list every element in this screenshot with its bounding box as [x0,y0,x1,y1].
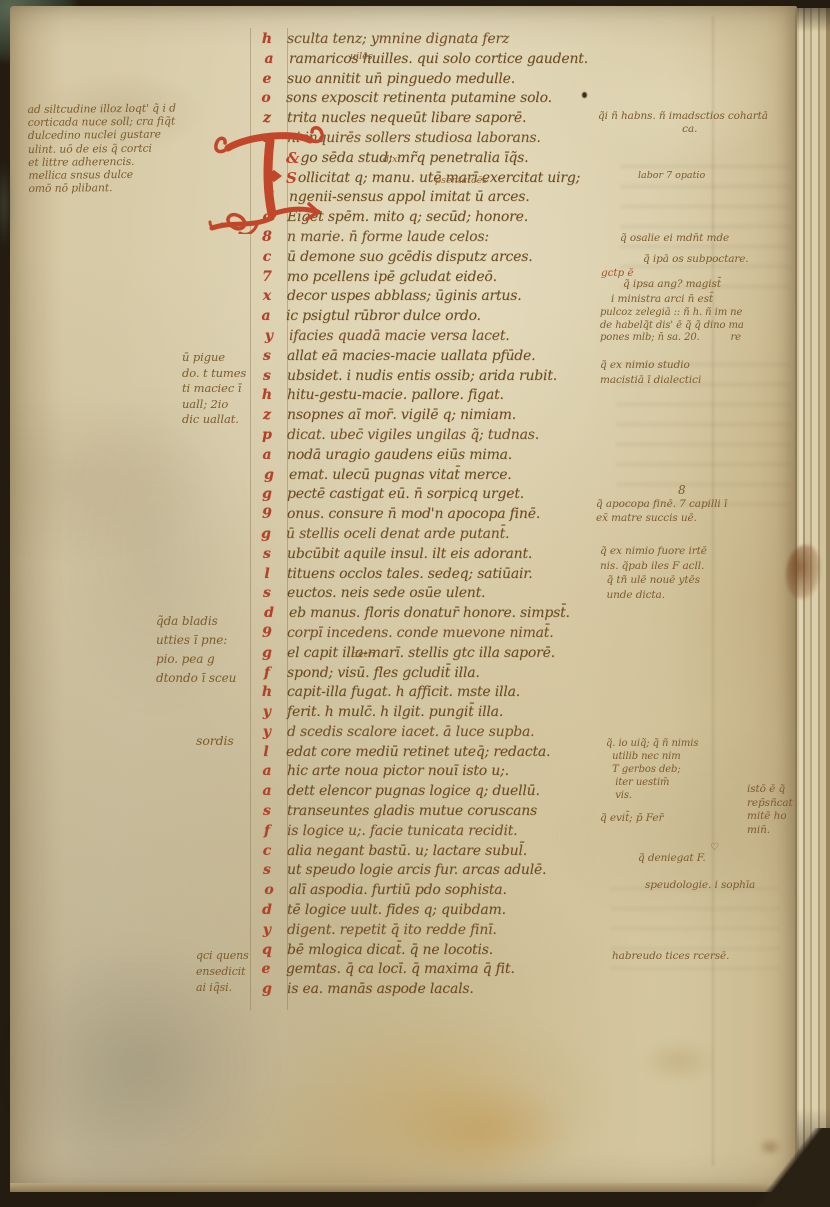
parchment-stain [260,1006,610,1191]
line-text: ū stellis oceli denat arde putant̄. [286,525,509,545]
manuscript-page: h sculta tenz; ymnine dignata ferz a ram… [10,6,797,1192]
verse-line: d eb manus. floris donatur̄ honore. simp… [250,604,660,624]
margin-gloss: q̃ apocopa finē. 7 capilli ī ex̄ matre s… [596,498,826,525]
margin-gloss: ad siltcudine illoz loqt' q̃ i d cortica… [28,101,219,195]
verse-line: g emat. ulecū pugnas vitat̄ merce. [250,466,660,486]
line-text: capit-illa fugat. h afficit. mste illa. [287,683,520,703]
line-initial: o [250,881,288,901]
line-text: is ea. manās aspode lacals. [287,980,474,1000]
margin-gloss: q̃ ipsa ang? magist̄ [623,278,721,291]
line-text: euctos. neis sede osūe ulent. [287,584,485,604]
line-text: onus. consure n̄ mod'n apocopa finē. [287,505,540,525]
verse-line: l edat core mediū retinet uteq̄; redacta… [247,743,657,763]
line-text: ut speudo logie arcis fur. arcas adulē. [287,861,546,881]
verse-line: y ifacies quadā macie versa lacet. [250,327,660,347]
photo-corner-shadow [748,1128,830,1207]
line-text: spond; visū. fles gcludit̄ illa. [287,664,480,684]
verse-line: x decor uspes abblass; ūginis artus. [248,287,658,307]
margin-gloss: qci quens ensedicit ai iq̃si. [196,948,291,996]
line-text: d scedis scalore iacet. ā luce supba. [287,723,534,743]
margin-gloss: q̃i ñ habns. ñ imadsctios cohartā ca. [598,110,823,136]
line-text: ubcūbit aquile insul. ilt eis adorant. [287,545,532,565]
interlinear-gloss: detri [352,649,375,660]
line-text: bē mlogica dicat̄. q̄ ne locotis. [287,941,493,961]
margin-gloss: q̃ ex nimio studio macistiā ī dialectici [600,358,810,388]
verse-line: 7 mo pcellens ipē gcludat eideō. [248,268,658,288]
line-initial: g [250,466,288,486]
line-text: dicat. ubec̄ vigiles ungilas q̃; tudnas. [287,426,539,446]
line-text: allat eā macies-macie uallata pfūde. [287,347,535,367]
line-text: dett elencor pugnas logice q; duellū. [287,782,540,802]
line-text: ubsidet. i nudis entis ossib; arida rubi… [287,367,557,387]
binding-edge-tint [0,160,12,250]
line-initial: c [248,842,286,862]
verse-line: o alī aspodia. furtiū pdo sophista. [250,881,660,901]
interlinear-gloss: labor 7 opatio [638,170,705,181]
line-initial: a [248,782,286,802]
verse-line: f spond; visū. fles gcludit̄ illa. [248,664,658,684]
line-text: eb manus. floris donatur̄ honore. simpst… [289,604,570,624]
line-initial: c [248,248,286,268]
line-initial: y [250,327,288,347]
line-initial: y [248,703,286,723]
verse-line: c ū demone suo gcēdis disputz arces. [248,248,658,268]
line-initial: y [248,921,286,941]
interlinear-gloss: psentatoēs [435,175,487,186]
verse-line: 9 corpī incedens. conde muevone nimat̄. [248,624,658,644]
margin-gloss: ū pigue do. t tumes ti maciec ī uall; 2i… [182,350,290,428]
decorated-initial-T [198,126,338,234]
parchment-stain [390,1078,580,1183]
line-initial: h [248,30,286,50]
verse-line: s ubcūbit aquile insul. ilt eis adorant. [248,545,658,565]
line-text: hitu-gestu-macie. pallore. figat. [287,386,504,406]
verse-line: a nodā uragio gaudens eiūs mima. [248,446,658,466]
line-initial: x [248,287,286,307]
line-text: corpī incedens. conde muevone nimat̄. [287,624,553,644]
verse-line: z nsopnes aī mor̄. vigilē q; nimiam. [248,406,658,426]
line-text: pectē castigat eū. n̄ sorpicq urget. [287,485,524,505]
line-initial: s [248,584,286,604]
verse-line: s euctos. neis sede osūe ulent. [248,584,658,604]
line-text: digent. repetit q̄ ito redde finī. [287,921,497,941]
verse-line: q bē mlogica dicat̄. q̄ ne locotis. [248,941,658,961]
line-text: alia negant bastū. u; lactare subul̄. [287,842,527,862]
line-text: tē logice uult. fides q; quibdam. [287,901,506,921]
verse-line: c alia negant bastū. u; lactare subul̄. [248,842,658,862]
line-initial: a [247,307,285,327]
verse-line: g el capit illa-marī. stellis gtc illa s… [248,644,658,664]
line-initial: e [248,70,286,90]
verse-line: h sculta tenz; ymnine dignata ferz [248,30,658,50]
verse-line: l tituens occlos tales. sedeq; satiūair. [248,565,658,585]
margin-gloss: habreudo tices rcersē. [612,950,812,963]
line-initial: s [248,861,286,881]
line-initial: g [248,485,286,505]
interlinear-gloss: dixi. [383,154,404,165]
line-initial: s [248,802,286,822]
margin-gloss: q̃ evit̄; p̄ Fer̄ [600,812,750,825]
line-text: decor uspes abblass; ūginis artus. [287,287,521,307]
line-text: sons exposcit retinenta putamine solo. [286,89,552,109]
verse-line: y ferit. h mulc̄. h ilgit. pungit̄ illa. [248,703,658,723]
line-text: ū demone suo gcēdis disputz arces. [287,248,532,268]
line-initial: y [248,723,286,743]
verse-line: h capit-illa fugat. h afficit. mste illa… [248,683,658,703]
line-text: ramaricos huilles. qui solo cortice gaud… [289,50,588,70]
verse-line: g ū stellis oceli denat arde putant̄. [247,525,657,545]
margin-gloss: q̃ ex nimio fuore irtē nis. q̃pab iles F… [600,544,810,602]
line-initial: 7 [248,268,286,288]
verse-line: a dett elencor pugnas logice q; duellū. [248,782,658,802]
margin-gloss: q̃ deniegat F. [638,852,768,865]
verse-line: s transeuntes gladis mutue coruscans [248,802,658,822]
initial-flourish-drawing [198,126,338,234]
parchment-stain [638,1038,718,1084]
verse-line: a hic arte noua pictor nouī isto u;. [248,762,658,782]
line-text: el capit illa-marī. stellis gtc illa sap… [287,644,555,664]
margin-gloss: q̃da bladis utties ī pne: pio. pea g dto… [156,612,290,688]
line-text: hic arte noua pictor nouī isto u;. [287,762,509,782]
verse-line: e suo annitit un̄ pinguedo medulle. [248,70,658,90]
line-text: alī aspodia. furtiū pdo sophista. [289,881,507,901]
line-initial: a [248,446,286,466]
verse-line: o sons exposcit retinenta putamine solo. [247,89,657,109]
verse-line: d tē logice uult. fides q; quibdam. [248,901,658,921]
line-initial: l [248,565,286,585]
margin-gloss: q̃. io uiq̃; q̃ ñ nimis utilib nec nim T… [606,737,766,802]
verse-line: h hitu-gestu-macie. pallore. figat. [248,386,658,406]
line-initial: s [248,545,286,565]
verse-line: y digent. repetit q̄ ito redde finī. [248,921,658,941]
line-initial: o [247,89,285,109]
line-text: ferit. h mulc̄. h ilgit. pungit̄ illa. [287,703,503,723]
line-text: tituens occlos tales. sedeq; satiūair. [287,565,532,585]
line-initial: a [250,50,288,70]
line-initial: 9 [248,505,286,525]
line-text: emat. ulecū pugnas vitat̄ merce. [289,466,512,486]
verse-line: y d scedis scalore iacet. ā luce supba. [248,723,658,743]
line-initial: f [248,822,286,842]
verse-line: a ic psigtul rūbror dulce ordo. [247,307,657,327]
line-text: suo annitit un̄ pinguedo medulle. [287,70,515,90]
line-initial: g [247,525,285,545]
verse-line: p dicat. ubec̄ vigiles ungilas q̃; tudna… [248,426,658,446]
verse-line: e gemtas. q̄ ca locī. q̄ maxima q̄ fit. [247,960,657,980]
margin-gloss: q̃ ipā os subpoctare. [643,253,749,266]
line-text: edat core mediū retinet uteq̄; redacta. [286,743,550,763]
line-initial: a [248,762,286,782]
verse-line: f is logice u;. facie tunicata recidit. [248,822,658,842]
verse-line: s allat eā macies-macie uallata pfūde. [248,347,658,367]
line-text: mo pcellens ipē gcludat eideō. [287,268,497,288]
line-text: sculta tenz; ymnine dignata ferz [287,30,509,50]
line-text: ifacies quadā macie versa lacet. [289,327,510,347]
line-text: transeuntes gladis mutue coruscans [287,802,537,822]
margin-gloss: 8 [678,484,686,497]
margin-gloss: q̃ osalie ei mdn̄t mde [620,232,729,245]
bottom-leaf-edge [10,1183,797,1192]
line-text: nodā uragio gaudens eiūs mima. [287,446,512,466]
line-initial: d [248,901,286,921]
line-text: is logice u;. facie tunicata recidit. [287,822,517,842]
manuscript-photo: { "colors":{"parchment":"#d5c8a6","ink":… [0,0,830,1207]
line-initial: p [248,426,286,446]
verse-line: s ubsidet. i nudis entis ossib; arida ru… [248,367,658,387]
verse-line: s ut speudo logie arcis fur. arcas adulē… [248,861,658,881]
interlinear-gloss: uiles [350,51,373,62]
line-text: ic psigtul rūbror dulce ordo. [286,307,481,327]
verse-line: g is ea. manās aspode lacals. [248,980,658,1000]
line-text: gemtas. q̄ ca locī. q̄ maxima q̄ fit. [286,960,515,980]
line-text: nsopnes aī mor̄. vigilē q; nimiam. [287,406,516,426]
verse-line: a ramaricos huilles. qui solo cortice ga… [250,50,660,70]
line-initial: l [247,743,285,763]
margin-gloss: i ministra arci n̄ est̄ [611,293,713,306]
margin-gloss: sordis [196,733,234,748]
